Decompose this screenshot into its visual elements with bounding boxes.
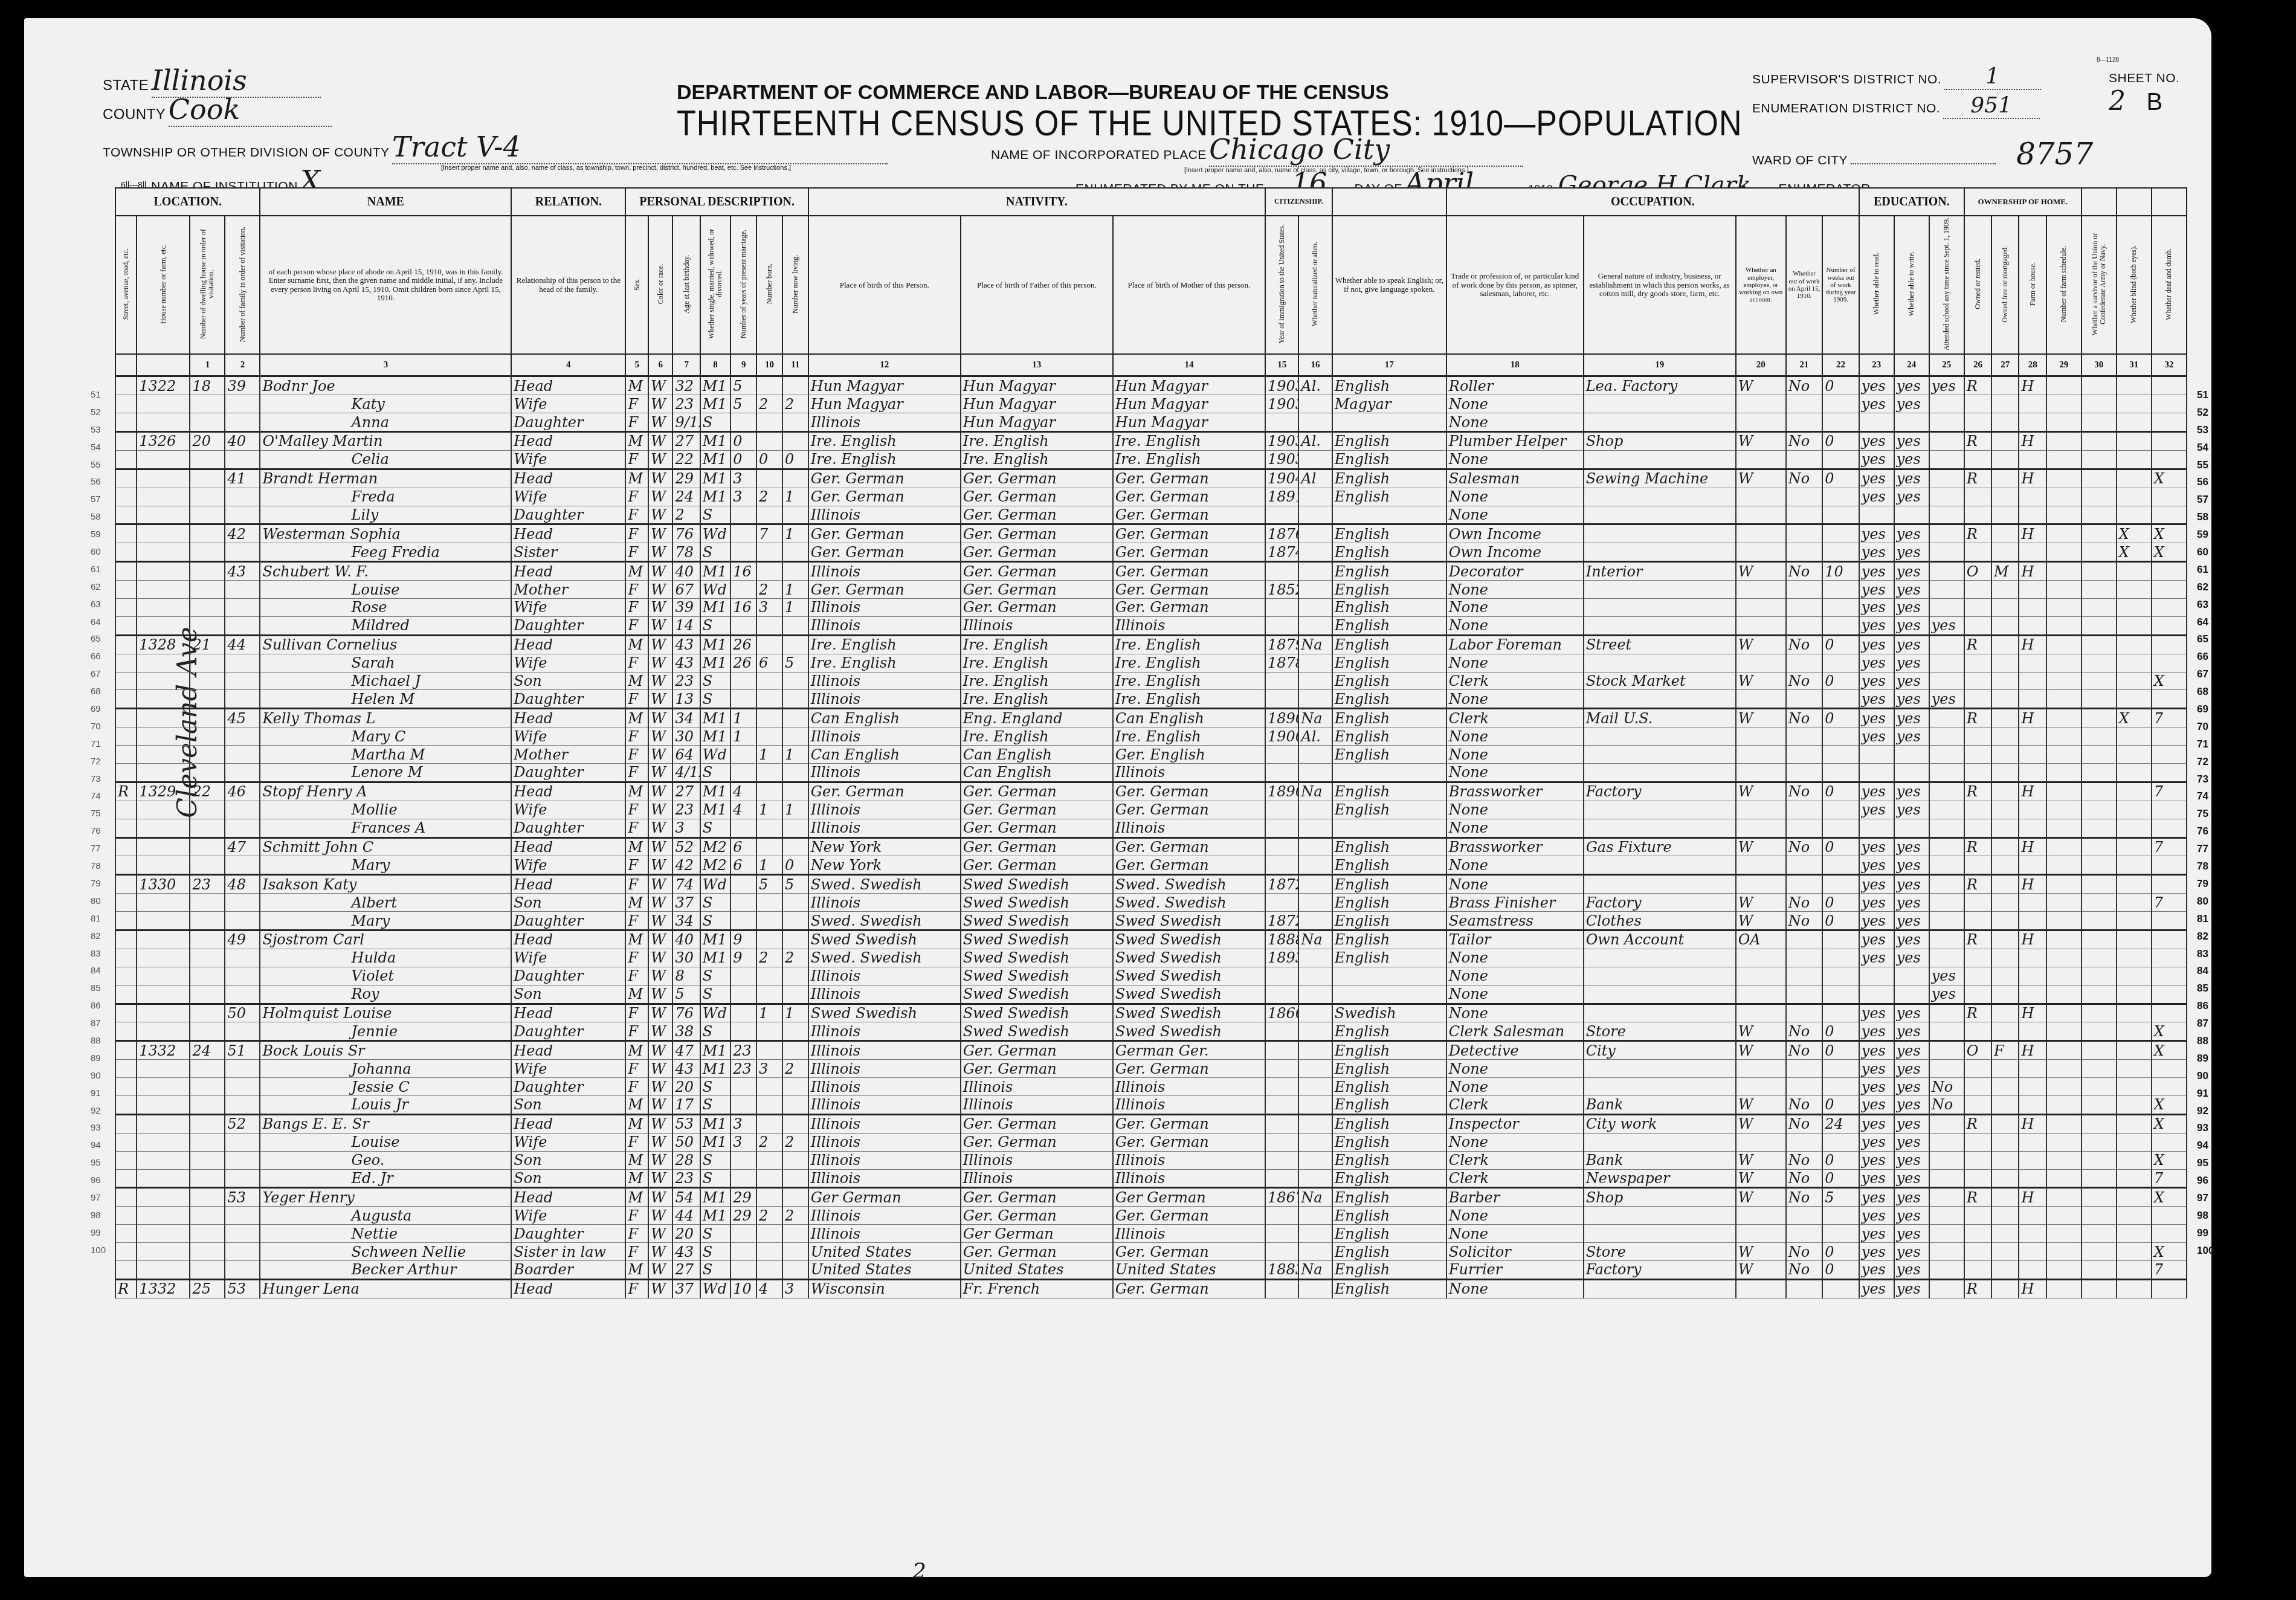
cell-emp: W (1736, 912, 1786, 931)
cell-c31 (2117, 1225, 2152, 1243)
cell-immig (1265, 894, 1298, 912)
cell-emp: W (1736, 635, 1786, 654)
cell-age: 54 (672, 1188, 700, 1207)
cell-nat (1298, 506, 1332, 524)
cell-industry: Stock Market (1584, 672, 1736, 690)
cell-living: 5 (782, 654, 808, 672)
census-row: Ed. JrSonMW23SIllinoisIllinoisIllinoisEn… (115, 1169, 2187, 1188)
cell-living (782, 764, 808, 782)
cell-relation: Sister in law (511, 1243, 625, 1261)
cell-born (756, 967, 782, 985)
cell-read (1859, 985, 1894, 1004)
cell-weeks: 0 (1822, 672, 1859, 690)
cell-sex: F (625, 654, 648, 672)
cell-own (1964, 1060, 1991, 1078)
cell-c31 (2117, 1207, 2152, 1225)
cell-lang: English (1332, 376, 1446, 395)
cell-father: Ger. German (961, 1114, 1113, 1133)
cell-weeks (1822, 967, 1859, 985)
cell-street (115, 598, 137, 616)
cell-out (1786, 801, 1822, 819)
cell-c31: X (2117, 524, 2152, 543)
line-number: 69 (2197, 701, 2221, 718)
cell-c31 (2117, 1096, 2152, 1115)
column-number: 30 (2082, 354, 2117, 376)
cell-industry (1584, 875, 1736, 894)
cell-color: W (648, 912, 672, 931)
cell-sex: F (625, 746, 648, 764)
cell-industry (1584, 949, 1736, 967)
cell-yrs: 3 (730, 1114, 756, 1133)
cell-birth: Ger. German (808, 543, 961, 562)
census-row: VioletDaughterFW8SIllinoisSwed SwedishSw… (115, 967, 2187, 985)
cell-mother: Ger. German (1113, 837, 1265, 856)
cell-mort (1991, 727, 2019, 746)
cell-school (1929, 598, 1964, 616)
cell-family (225, 506, 260, 524)
cell-born (756, 616, 782, 635)
cell-c30 (2082, 598, 2117, 616)
cell-write: yes (1894, 1188, 1929, 1207)
cell-read: yes (1859, 912, 1894, 931)
cell-born (756, 727, 782, 746)
cell-street (115, 1078, 137, 1096)
cell-mother: Ire. English (1113, 727, 1265, 746)
cell-weeks: 0 (1822, 912, 1859, 931)
cell-c32 (2152, 819, 2187, 837)
cell-family: 42 (225, 524, 260, 543)
cell-read: yes (1859, 1078, 1894, 1096)
cell-born: 1 (756, 856, 782, 875)
cell-marital: M1 (700, 635, 730, 654)
cell-age: 76 (672, 524, 700, 543)
cell-write: yes (1894, 395, 1929, 413)
cell-c31 (2117, 635, 2152, 654)
cell-sched (2046, 1188, 2082, 1207)
cell-c31 (2117, 1022, 2152, 1041)
cell-out: No (1786, 672, 1822, 690)
cell-trade: Brassworker (1446, 782, 1584, 801)
cell-school: yes (1929, 616, 1964, 635)
department-title: DEPARTMENT OF COMMERCE AND LABOR—BUREAU … (677, 81, 1389, 105)
census-row: NettieDaughterFW20SIllinoisGer GermanIll… (115, 1225, 2187, 1243)
cell-dwelling (190, 469, 225, 488)
cell-sex: F (625, 1078, 648, 1096)
census-row: MildredDaughterFW14SIllinoisIllinoisIlli… (115, 616, 2187, 635)
cell-c31 (2117, 1261, 2152, 1280)
cell-farm: H (2019, 875, 2046, 894)
cell-sched (2046, 1041, 2082, 1060)
cell-sched (2046, 1078, 2082, 1096)
cell-house (137, 727, 190, 746)
cell-weeks (1822, 1060, 1859, 1078)
cell-father: Ire. English (961, 672, 1113, 690)
cell-dwelling (190, 562, 225, 581)
cell-read: yes (1859, 395, 1894, 413)
cell-c30 (2082, 875, 2117, 894)
cell-yrs (730, 1169, 756, 1188)
cell-nat (1298, 543, 1332, 562)
cell-nat (1298, 1078, 1332, 1096)
cell-family (225, 1022, 260, 1041)
cell-living (782, 931, 808, 949)
cell-own: R (1964, 1004, 1991, 1022)
cell-sex: F (625, 450, 648, 469)
cell-street (115, 506, 137, 524)
col-num-born: Number born. (756, 216, 782, 354)
cell-c32: 7 (2152, 1261, 2187, 1280)
cell-industry: Sewing Machine (1584, 469, 1736, 488)
cell-marital: M1 (700, 801, 730, 819)
cell-farm (2019, 450, 2046, 469)
cell-emp: OA (1736, 931, 1786, 949)
cell-industry: Bank (1584, 1151, 1736, 1169)
cell-c30 (2082, 1133, 2117, 1151)
cell-c30 (2082, 524, 2117, 543)
cell-father: Ger. German (961, 1060, 1113, 1078)
cell-write: yes (1894, 1041, 1929, 1060)
cell-age: 43 (672, 654, 700, 672)
cell-c31 (2117, 727, 2152, 746)
cell-yrs (730, 581, 756, 599)
sheet-number: 2 (2109, 86, 2126, 117)
cell-name: Yeger Henry (260, 1188, 511, 1207)
cell-lang: English (1332, 431, 1446, 450)
cell-out: No (1786, 1114, 1822, 1133)
cell-lang: English (1332, 1041, 1446, 1060)
cell-house (137, 506, 190, 524)
cell-relation: Head (511, 431, 625, 450)
supervisor-value: 1 (1944, 64, 2041, 90)
cell-emp: W (1736, 1096, 1786, 1115)
cell-family (225, 819, 260, 837)
cell-relation: Head (511, 1279, 625, 1298)
cell-sex: F (625, 1060, 648, 1078)
cell-lang: English (1332, 1078, 1446, 1096)
cell-trade: Furrier (1446, 1261, 1584, 1280)
cell-family (225, 1261, 260, 1280)
cell-write: yes (1894, 912, 1929, 931)
cell-c31 (2117, 1004, 2152, 1022)
ward-label: WARD OF CITY (1752, 153, 1848, 167)
cell-born: 2 (756, 488, 782, 506)
cell-mort (1991, 1207, 2019, 1225)
cell-weeks (1822, 450, 1859, 469)
cell-mother: Illinois (1113, 1169, 1265, 1188)
cell-c32 (2152, 395, 2187, 413)
cell-living (782, 376, 808, 395)
cell-school (1929, 1004, 1964, 1022)
cell-name: Schmitt John C (260, 837, 511, 856)
cell-name: Frances A (260, 819, 511, 837)
enumeration-label: ENUMERATION DISTRICT NO. (1752, 102, 1940, 115)
cell-age: 5 (672, 985, 700, 1004)
cell-own (1964, 801, 1991, 819)
cell-emp (1736, 1133, 1786, 1151)
census-row: Schwеen NellieSister in lawFW43SUnited S… (115, 1243, 2187, 1261)
line-number: 60 (2197, 544, 2221, 561)
cell-father: Illinois (961, 1096, 1113, 1115)
cell-sex: F (625, 1133, 648, 1151)
cell-lang: English (1332, 931, 1446, 949)
cell-sched (2046, 469, 2082, 488)
punch-hole (2236, 828, 2257, 862)
cell-nat (1298, 413, 1332, 432)
cell-birth: Illinois (808, 598, 961, 616)
cell-marital: M1 (700, 488, 730, 506)
ward-value (1851, 163, 1996, 164)
cell-weeks (1822, 1279, 1859, 1298)
line-number: 71 (91, 736, 112, 753)
cell-sex: F (625, 949, 648, 967)
cell-trade: None (1446, 654, 1584, 672)
line-number: 94 (2197, 1137, 2221, 1155)
cell-trade: None (1446, 746, 1584, 764)
cell-sex: F (625, 875, 648, 894)
cell-father: United States (961, 1261, 1113, 1280)
cell-c30 (2082, 801, 2117, 819)
cell-dwelling (190, 949, 225, 967)
cell-c32 (2152, 931, 2187, 949)
cell-street (115, 1060, 137, 1078)
cell-out (1786, 598, 1822, 616)
cell-father: Swed Swedish (961, 949, 1113, 967)
cell-father: Illinois (961, 1151, 1113, 1169)
cell-dwelling (190, 1114, 225, 1133)
group-deaf (2152, 188, 2187, 216)
cell-school: yes (1929, 690, 1964, 709)
cell-dwelling (190, 894, 225, 912)
cell-school (1929, 506, 1964, 524)
cell-sched (2046, 1004, 2082, 1022)
cell-street (115, 1133, 137, 1151)
cell-house (137, 1096, 190, 1115)
census-row: RoySonMW5SIllinoisSwed SwedishSwed Swedi… (115, 985, 2187, 1004)
cell-read (1859, 819, 1894, 837)
cell-marital: Wd (700, 746, 730, 764)
cell-emp: W (1736, 1169, 1786, 1188)
cell-c31 (2117, 562, 2152, 581)
cell-c31 (2117, 376, 2152, 395)
cell-farm: H (2019, 1041, 2046, 1060)
cell-c31 (2117, 819, 2152, 837)
cell-age: 34 (672, 912, 700, 931)
cell-born (756, 1261, 782, 1280)
column-number: 11 (782, 354, 808, 376)
census-row: 13282144Sullivan CorneliusHeadMW43M126Ir… (115, 635, 2187, 654)
column-number: 10 (756, 354, 782, 376)
cell-industry (1584, 1060, 1736, 1078)
cell-sched (2046, 1261, 2082, 1280)
cell-color: W (648, 782, 672, 801)
cell-family (225, 912, 260, 931)
cell-trade: Clerk (1446, 709, 1584, 727)
cell-mother: Hun Magyar (1113, 376, 1265, 395)
cell-own (1964, 616, 1991, 635)
cell-weeks: 5 (1822, 1188, 1859, 1207)
cell-age: 29 (672, 469, 700, 488)
census-table-container: LOCATION. NAME RELATION. PERSONAL DESCRI… (115, 187, 2193, 1553)
cell-birth: Illinois (808, 690, 961, 709)
cell-street (115, 469, 137, 488)
cell-mort (1991, 985, 2019, 1004)
cell-street (115, 967, 137, 985)
cell-read: yes (1859, 1041, 1894, 1060)
cell-relation: Daughter (511, 690, 625, 709)
cell-c30 (2082, 1243, 2117, 1261)
cell-school (1929, 1151, 1964, 1169)
cell-emp (1736, 746, 1786, 764)
cell-sched (2046, 819, 2082, 837)
cell-birth: Swed Swedish (808, 1004, 961, 1022)
cell-living (782, 1169, 808, 1188)
cell-own (1964, 949, 1991, 967)
cell-family (225, 764, 260, 782)
cell-street (115, 395, 137, 413)
cell-born (756, 1096, 782, 1115)
cell-school (1929, 413, 1964, 432)
cell-trade: None (1446, 875, 1584, 894)
cell-nat (1298, 746, 1332, 764)
cell-emp: W (1736, 1188, 1786, 1207)
cell-living (782, 782, 808, 801)
cell-living (782, 894, 808, 912)
line-number: 100 (91, 1242, 112, 1260)
cell-c32: X (2152, 524, 2187, 543)
cell-c31 (2117, 616, 2152, 635)
cell-street: R (115, 782, 137, 801)
cell-nat: Al. (1298, 727, 1332, 746)
cell-name: Mary (260, 856, 511, 875)
cell-read: yes (1859, 1096, 1894, 1115)
cell-marital: S (700, 764, 730, 782)
cell-color: W (648, 543, 672, 562)
cell-out (1786, 413, 1822, 432)
cell-color: W (648, 1243, 672, 1261)
cell-immig: 1903 (1265, 450, 1298, 469)
cell-age: 43 (672, 635, 700, 654)
cell-age: 34 (672, 709, 700, 727)
col-relation-desc: Relationship of this person to the head … (511, 216, 625, 354)
cell-sex: F (625, 506, 648, 524)
cell-name: Louise (260, 581, 511, 599)
cell-own (1964, 764, 1991, 782)
cell-school (1929, 672, 1964, 690)
cell-family: 53 (225, 1188, 260, 1207)
col-school: Attended school any time since Sept. 1, … (1929, 216, 1964, 354)
cell-sched (2046, 431, 2082, 450)
cell-trade: None (1446, 1207, 1584, 1225)
cell-trade: Brass Finisher (1446, 894, 1584, 912)
cell-write: yes (1894, 469, 1929, 488)
group-citizenship: CITIZENSHIP. (1265, 188, 1332, 216)
cell-nat (1298, 654, 1332, 672)
cell-lang: English (1332, 672, 1446, 690)
cell-color: W (648, 801, 672, 819)
cell-sex: F (625, 912, 648, 931)
cell-nat: Al (1298, 469, 1332, 488)
cell-school (1929, 894, 1964, 912)
cell-lang: English (1332, 746, 1446, 764)
cell-out: No (1786, 1243, 1822, 1261)
cell-lang: English (1332, 690, 1446, 709)
cell-yrs (730, 1022, 756, 1041)
cell-c31: X (2117, 543, 2152, 562)
cell-age: 27 (672, 431, 700, 450)
cell-living (782, 1022, 808, 1041)
cell-industry (1584, 1279, 1736, 1298)
cell-write: yes (1894, 1151, 1929, 1169)
cell-born (756, 562, 782, 581)
line-number: 55 (91, 457, 112, 474)
cell-school: No (1929, 1078, 1964, 1096)
cell-emp: W (1736, 1151, 1786, 1169)
cell-farm (2019, 690, 2046, 709)
cell-weeks (1822, 746, 1859, 764)
cell-house: 1322 (137, 376, 190, 395)
line-number: 69 (91, 701, 112, 718)
cell-weeks: 0 (1822, 837, 1859, 856)
cell-read: yes (1859, 581, 1894, 599)
cell-own: R (1964, 376, 1991, 395)
cell-c30 (2082, 376, 2117, 395)
cell-out: No (1786, 1169, 1822, 1188)
cell-write: yes (1894, 581, 1929, 599)
county-label: COUNTY (103, 106, 166, 123)
cell-lang: English (1332, 1151, 1446, 1169)
cell-read: yes (1859, 543, 1894, 562)
cell-sched (2046, 709, 2082, 727)
cell-farm: H (2019, 837, 2046, 856)
cell-immig (1265, 819, 1298, 837)
cell-living: 2 (782, 949, 808, 967)
cell-house (137, 1004, 190, 1022)
cell-family (225, 1151, 260, 1169)
cell-yrs: 1 (730, 709, 756, 727)
cell-c32 (2152, 801, 2187, 819)
cell-nat (1298, 1133, 1332, 1151)
cell-color: W (648, 1060, 672, 1078)
line-number: 98 (91, 1207, 112, 1225)
cell-dwelling (190, 1188, 225, 1207)
cell-street (115, 709, 137, 727)
cell-father: Hun Magyar (961, 376, 1113, 395)
cell-c30 (2082, 506, 2117, 524)
cell-name: Isakson Katy (260, 875, 511, 894)
cell-sched (2046, 376, 2082, 395)
cell-name: Hunger Lena (260, 1279, 511, 1298)
cell-street (115, 856, 137, 875)
cell-own: R (1964, 1114, 1991, 1133)
cell-trade: Brassworker (1446, 837, 1584, 856)
cell-nat (1298, 764, 1332, 782)
cell-nat (1298, 856, 1332, 875)
cell-name: Lily (260, 506, 511, 524)
cell-read: yes (1859, 931, 1894, 949)
cell-sex: M (625, 985, 648, 1004)
cell-birth: Ger. German (808, 581, 961, 599)
col-dwelling: Number of dwelling house in order of vis… (190, 216, 225, 354)
cell-birth: New York (808, 856, 961, 875)
cell-c30 (2082, 782, 2117, 801)
cell-dwelling (190, 488, 225, 506)
cell-relation: Head (511, 1114, 625, 1133)
cell-c32: X (2152, 1151, 2187, 1169)
cell-mort (1991, 1188, 2019, 1207)
cell-family (225, 450, 260, 469)
census-row: AugustaWifeFW44M12922IllinoisGer. German… (115, 1207, 2187, 1225)
cell-mort (1991, 1279, 2019, 1298)
